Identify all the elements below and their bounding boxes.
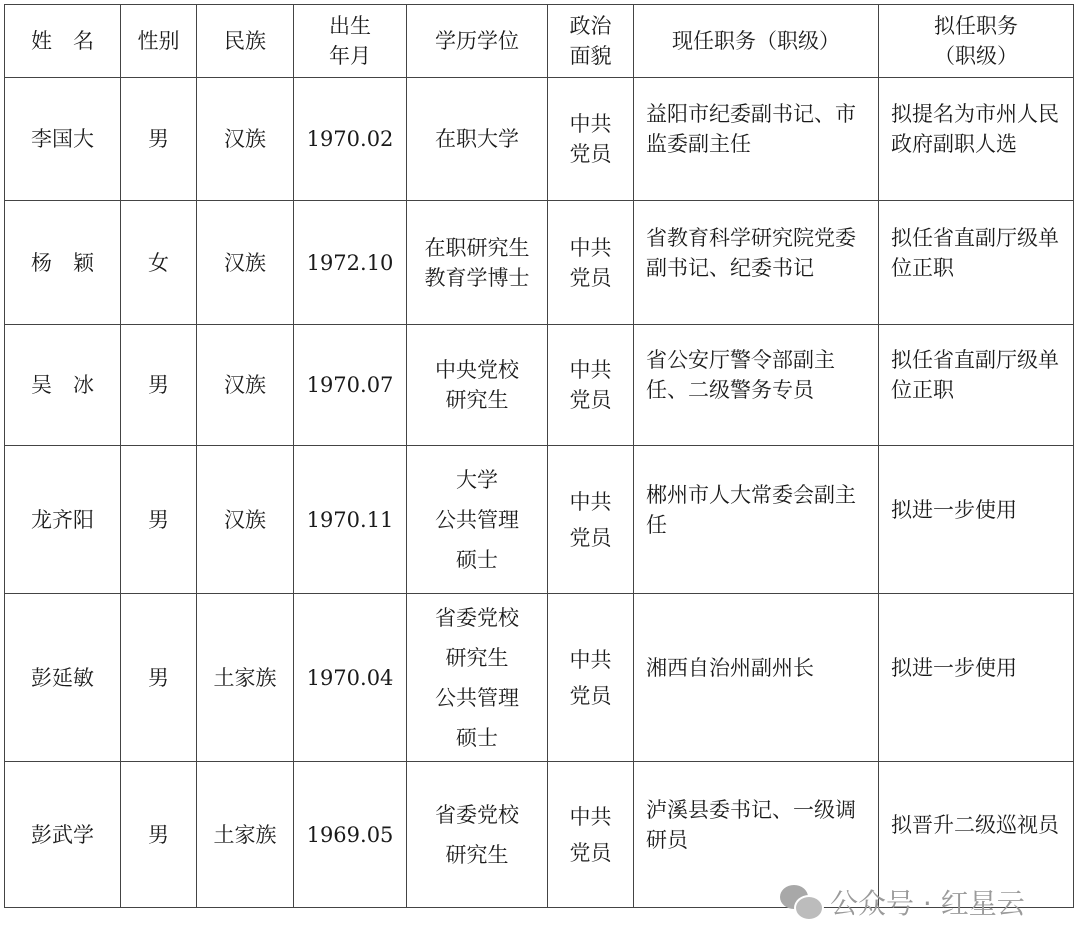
table-row: 李国大 男 汉族 1970.02 在职大学 中共 党员 益阳市纪委副书记、市监委… [5, 78, 1074, 201]
header-current-post: 现任职务（职级） [634, 5, 879, 78]
party-line: 中共 [548, 355, 633, 385]
header-birth: 出生 年月 [294, 5, 407, 78]
cell-current-post: 省教育科学研究院党委副书记、纪委书记 [634, 201, 879, 325]
header-birth-line2: 年月 [294, 41, 406, 71]
cell-education: 在职研究生 教育学博士 [407, 201, 548, 325]
cell-party: 中共 党员 [548, 78, 634, 201]
header-education: 学历学位 [407, 5, 548, 78]
cell-gender: 男 [121, 762, 197, 908]
education-line: 硕士 [407, 718, 547, 758]
cell-birth: 1969.05 [294, 762, 407, 908]
education-line: 研究生 [407, 638, 547, 678]
party-line: 中共 [548, 484, 633, 520]
table-row: 龙齐阳 男 汉族 1970.11 大学 公共管理 硕士 中共 党员 郴州市人大常… [5, 446, 1074, 594]
education-line: 省委党校 [407, 795, 547, 835]
education-line: 研究生 [407, 385, 547, 415]
cell-name: 彭延敏 [5, 594, 121, 762]
cell-proposed: 拟提名为市州人民政府副职人选 [879, 78, 1074, 201]
party-line: 党员 [548, 385, 633, 415]
cell-name: 彭武学 [5, 762, 121, 908]
cell-birth: 1970.11 [294, 446, 407, 594]
cell-proposed: 拟任省直副厅级单位正职 [879, 201, 1074, 325]
cadre-table: 姓 名 性别 民族 出生 年月 学历学位 政治 面貌 现任职务（职级） 拟任职务… [4, 4, 1074, 908]
education-line: 在职大学 [407, 124, 547, 154]
party-line: 中共 [548, 799, 633, 835]
cell-current-post: 郴州市人大常委会副主任 [634, 446, 879, 594]
header-row: 姓 名 性别 民族 出生 年月 学历学位 政治 面貌 现任职务（职级） 拟任职务… [5, 5, 1074, 78]
cell-party: 中共 党员 [548, 594, 634, 762]
table-row: 吴 冰 男 汉族 1970.07 中央党校 研究生 中共 党员 省公安厅警令部副… [5, 325, 1074, 446]
education-line: 硕士 [407, 540, 547, 580]
education-line: 在职研究生 [407, 233, 547, 263]
education-line: 公共管理 [407, 500, 547, 540]
cell-education: 中央党校 研究生 [407, 325, 548, 446]
cell-gender: 男 [121, 78, 197, 201]
cell-ethnicity: 汉族 [197, 446, 294, 594]
cell-party: 中共 党员 [548, 325, 634, 446]
cell-current-post: 益阳市纪委副书记、市监委副主任 [634, 78, 879, 201]
header-birth-line1: 出生 [294, 11, 406, 41]
cell-gender: 男 [121, 325, 197, 446]
party-line: 中共 [548, 233, 633, 263]
cell-proposed: 拟进一步使用 [879, 594, 1074, 762]
wechat-icon [780, 885, 820, 919]
cell-gender: 男 [121, 594, 197, 762]
cell-birth: 1970.04 [294, 594, 407, 762]
cell-birth: 1970.07 [294, 325, 407, 446]
party-line: 党员 [548, 835, 633, 871]
cell-proposed: 拟进一步使用 [879, 446, 1074, 594]
education-line: 公共管理 [407, 678, 547, 718]
header-name: 姓 名 [5, 5, 121, 78]
cell-party: 中共 党员 [548, 762, 634, 908]
header-party: 政治 面貌 [548, 5, 634, 78]
cell-party: 中共 党员 [548, 201, 634, 325]
watermark-text: 公众号 · 红星云 [830, 882, 1025, 922]
header-proposed-line1: 拟任职务 [879, 11, 1073, 41]
cell-ethnicity: 汉族 [197, 201, 294, 325]
cell-education: 省委党校 研究生 公共管理 硕士 [407, 594, 548, 762]
cell-ethnicity: 汉族 [197, 78, 294, 201]
cell-gender: 男 [121, 446, 197, 594]
party-line: 党员 [548, 139, 633, 169]
cell-name: 李国大 [5, 78, 121, 201]
cell-ethnicity: 汉族 [197, 325, 294, 446]
cell-name: 吴 冰 [5, 325, 121, 446]
header-gender: 性别 [121, 5, 197, 78]
header-party-line2: 面貌 [548, 41, 633, 71]
header-party-line1: 政治 [548, 11, 633, 41]
party-line: 党员 [548, 263, 633, 293]
table-row: 杨 颖 女 汉族 1972.10 在职研究生 教育学博士 中共 党员 省教育科学… [5, 201, 1074, 325]
cell-education: 在职大学 [407, 78, 548, 201]
table-row: 彭延敏 男 土家族 1970.04 省委党校 研究生 公共管理 硕士 中共 党员… [5, 594, 1074, 762]
header-proposed-line2: （职级） [879, 41, 1073, 71]
cell-education: 省委党校 研究生 [407, 762, 548, 908]
cell-current-post: 省公安厅警令部副主任、二级警务专员 [634, 325, 879, 446]
cell-ethnicity: 土家族 [197, 762, 294, 908]
education-line: 中央党校 [407, 355, 547, 385]
cell-party: 中共 党员 [548, 446, 634, 594]
cell-gender: 女 [121, 201, 197, 325]
cell-birth: 1972.10 [294, 201, 407, 325]
education-line: 研究生 [407, 835, 547, 875]
header-ethnicity: 民族 [197, 5, 294, 78]
cell-proposed: 拟任省直副厅级单位正职 [879, 325, 1074, 446]
cell-ethnicity: 土家族 [197, 594, 294, 762]
education-line: 教育学博士 [407, 263, 547, 293]
party-line: 党员 [548, 678, 633, 714]
cell-name: 杨 颖 [5, 201, 121, 325]
cell-birth: 1970.02 [294, 78, 407, 201]
cell-education: 大学 公共管理 硕士 [407, 446, 548, 594]
education-line: 省委党校 [407, 598, 547, 638]
party-line: 中共 [548, 109, 633, 139]
cell-name: 龙齐阳 [5, 446, 121, 594]
header-proposed: 拟任职务 （职级） [879, 5, 1074, 78]
watermark: 公众号 · 红星云 [780, 882, 1025, 922]
party-line: 党员 [548, 520, 633, 556]
education-line: 大学 [407, 460, 547, 500]
party-line: 中共 [548, 642, 633, 678]
cell-current-post: 湘西自治州副州长 [634, 594, 879, 762]
